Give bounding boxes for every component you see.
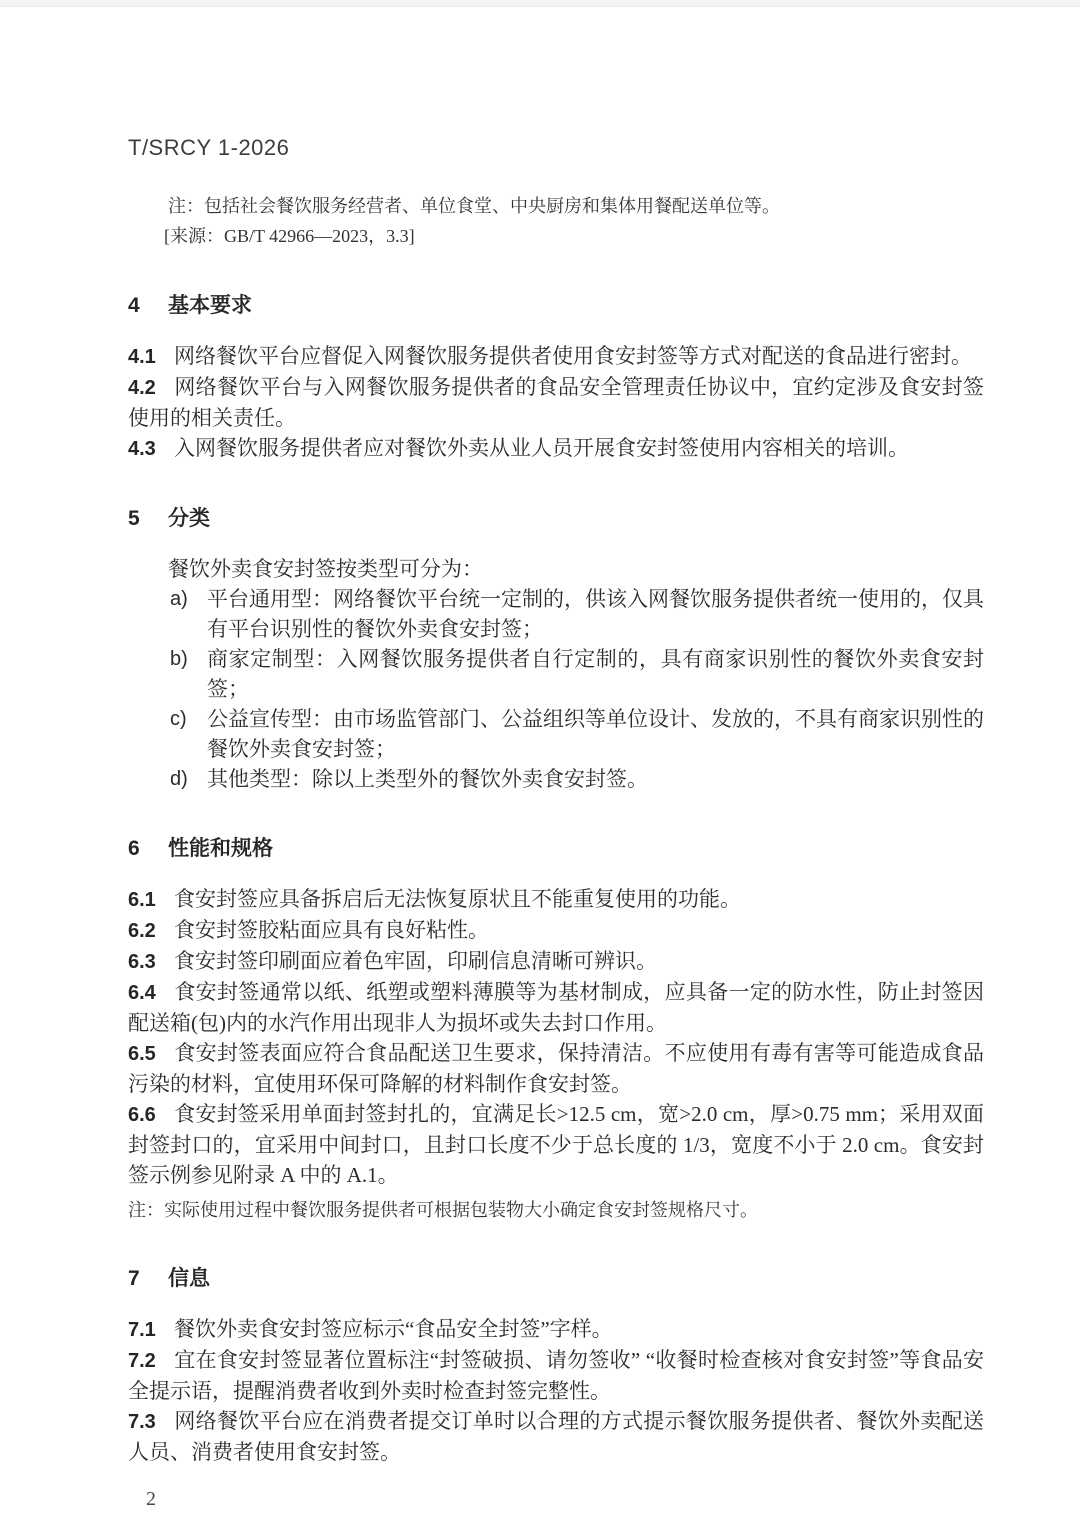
clause-number: 4.3 bbox=[128, 434, 174, 464]
page-number: 2 bbox=[128, 1487, 984, 1511]
section-heading-7: 7 信息 bbox=[128, 1266, 984, 1292]
window-top-strip bbox=[0, 0, 1080, 7]
clause-7-2: 7.2宜在食安封签显著位置标注“封签破损、请勿签收” “收餐时检查核对食安封签”… bbox=[128, 1345, 984, 1406]
clause-number: 4.2 bbox=[128, 373, 174, 403]
clause-4-2: 4.2网络餐饮平台与入网餐饮服务提供者的食品安全管理责任协议中，宜约定涉及食安封… bbox=[128, 372, 984, 433]
intro-note-block: 注：包括社会餐饮服务经营者、单位食堂、中央厨房和集体用餐配送单位等。 [来源：G… bbox=[128, 191, 984, 251]
list-item-text: 其他类型：除以上类型外的餐饮外卖食安封签。 bbox=[207, 764, 984, 794]
clause-4-3: 4.3入网餐饮服务提供者应对餐饮外卖从业人员开展食安封签使用内容相关的培训。 bbox=[128, 433, 984, 464]
list-item-b: b) 商家定制型：入网餐饮服务提供者自行定制的，具有商家识别性的餐饮外卖食安封签… bbox=[128, 644, 984, 704]
clause-number: 6.6 bbox=[128, 1100, 174, 1130]
clause-6-6: 6.6食安封签采用单面封签封扎的，宜满足长>12.5 cm，宽>2.0 cm，厚… bbox=[128, 1099, 984, 1190]
clause-text: 食安封签表面应符合食品配送卫生要求，保持清洁。不应使用有毒有害等可能造成食品污染… bbox=[128, 1041, 984, 1096]
section-number: 7 bbox=[128, 1266, 168, 1292]
clause-text: 网络餐饮平台应在消费者提交订单时以合理的方式提示餐饮服务提供者、餐饮外卖配送人员… bbox=[128, 1409, 984, 1464]
section-title: 信息 bbox=[168, 1266, 210, 1292]
section-number: 4 bbox=[128, 293, 168, 319]
clause-text: 入网餐饮服务提供者应对餐饮外卖从业人员开展食安封签使用内容相关的培训。 bbox=[174, 436, 909, 460]
source-reference: [来源：GB/T 42966—2023，3.3] bbox=[164, 221, 984, 251]
clause-number: 7.2 bbox=[128, 1346, 174, 1376]
clause-text: 食安封签胶粘面应具有良好粘性。 bbox=[174, 918, 489, 942]
section-title: 分类 bbox=[168, 506, 210, 532]
document-page: T/SRCY 1-2026 注：包括社会餐饮服务经营者、单位食堂、中央厨房和集体… bbox=[0, 7, 1080, 1511]
section-body-5: 餐饮外卖食安封签按类型可分为： a) 平台通用型：网络餐饮平台统一定制的，供该入… bbox=[128, 554, 984, 794]
classification-list: a) 平台通用型：网络餐饮平台统一定制的，供该入网餐饮服务提供者统一使用的，仅具… bbox=[128, 584, 984, 794]
list-item-label: c) bbox=[128, 704, 207, 764]
list-item-label: b) bbox=[128, 644, 207, 704]
clause-text: 食安封签应具备拆启后无法恢复原状且不能重复使用的功能。 bbox=[174, 887, 741, 911]
clause-text: 食安封签印刷面应着色牢固，印刷信息清晰可辨识。 bbox=[174, 949, 657, 973]
section-body-6: 6.1食安封签应具备拆启后无法恢复原状且不能重复使用的功能。 6.2食安封签胶粘… bbox=[128, 884, 984, 1224]
list-item-a: a) 平台通用型：网络餐饮平台统一定制的，供该入网餐饮服务提供者统一使用的，仅具… bbox=[128, 584, 984, 644]
clause-6-5: 6.5食安封签表面应符合食品配送卫生要求，保持清洁。不应使用有毒有害等可能造成食… bbox=[128, 1038, 984, 1099]
clause-number: 6.1 bbox=[128, 885, 174, 915]
document-code-header: T/SRCY 1-2026 bbox=[128, 135, 984, 161]
clause-text: 宜在食安封签显著位置标注“封签破损、请勿签收” “收餐时检查核对食安封签”等食品… bbox=[128, 1348, 984, 1403]
clause-number: 6.3 bbox=[128, 947, 174, 977]
clause-number: 6.5 bbox=[128, 1039, 174, 1069]
section-heading-6: 6 性能和规格 bbox=[128, 836, 984, 862]
clause-text: 食安封签采用单面封签封扎的，宜满足长>12.5 cm，宽>2.0 cm，厚>0.… bbox=[128, 1102, 984, 1187]
clause-6-2: 6.2食安封签胶粘面应具有良好粘性。 bbox=[128, 915, 984, 946]
section-title: 基本要求 bbox=[168, 293, 252, 319]
section-heading-5: 5 分类 bbox=[128, 506, 984, 532]
clause-4-1: 4.1网络餐饮平台应督促入网餐饮服务提供者使用食安封签等方式对配送的食品进行密封… bbox=[128, 341, 984, 372]
list-item-d: d) 其他类型：除以上类型外的餐饮外卖食安封签。 bbox=[128, 764, 984, 794]
list-item-text: 商家定制型：入网餐饮服务提供者自行定制的，具有商家识别性的餐饮外卖食安封签； bbox=[207, 644, 984, 704]
clause-text: 网络餐饮平台应督促入网餐饮服务提供者使用食安封签等方式对配送的食品进行密封。 bbox=[174, 344, 972, 368]
clause-6-4: 6.4食安封签通常以纸、纸塑或塑料薄膜等为基材制成，应具备一定的防水性，防止封签… bbox=[128, 977, 984, 1038]
clause-text: 网络餐饮平台与入网餐饮服务提供者的食品安全管理责任协议中，宜约定涉及食安封签使用… bbox=[128, 375, 984, 430]
section-heading-4: 4 基本要求 bbox=[128, 293, 984, 319]
section-number: 5 bbox=[128, 506, 168, 532]
section-body-7: 7.1餐饮外卖食安封签应标示“食品安全封签”字样。 7.2宜在食安封签显著位置标… bbox=[128, 1314, 984, 1467]
clause-7-3: 7.3网络餐饮平台应在消费者提交订单时以合理的方式提示餐饮服务提供者、餐饮外卖配… bbox=[128, 1406, 984, 1467]
clause-text: 食安封签通常以纸、纸塑或塑料薄膜等为基材制成，应具备一定的防水性，防止封签因配送… bbox=[128, 980, 984, 1035]
list-item-c: c) 公益宣传型：由市场监管部门、公益组织等单位设计、发放的，不具有商家识别性的… bbox=[128, 704, 984, 764]
clause-number: 4.1 bbox=[128, 342, 174, 372]
section-title: 性能和规格 bbox=[168, 836, 273, 862]
clause-number: 6.4 bbox=[128, 978, 174, 1008]
clause-number: 7.1 bbox=[128, 1315, 174, 1345]
clause-7-1: 7.1餐饮外卖食安封签应标示“食品安全封签”字样。 bbox=[128, 1314, 984, 1345]
list-item-text: 平台通用型：网络餐饮平台统一定制的，供该入网餐饮服务提供者统一使用的，仅具有平台… bbox=[207, 584, 984, 644]
scope-note: 注：包括社会餐饮服务经营者、单位食堂、中央厨房和集体用餐配送单位等。 bbox=[168, 191, 984, 221]
clause-6-3: 6.3食安封签印刷面应着色牢固，印刷信息清晰可辨识。 bbox=[128, 946, 984, 977]
list-item-text: 公益宣传型：由市场监管部门、公益组织等单位设计、发放的，不具有商家识别性的餐饮外… bbox=[207, 704, 984, 764]
clause-number: 6.2 bbox=[128, 916, 174, 946]
list-item-label: d) bbox=[128, 764, 207, 794]
classification-lead: 餐饮外卖食安封签按类型可分为： bbox=[128, 554, 984, 584]
section-6-note: 注：实际使用过程中餐饮服务提供者可根据包装物大小确定食安封签规格尺寸。 bbox=[128, 1196, 984, 1224]
clause-6-1: 6.1食安封签应具备拆启后无法恢复原状且不能重复使用的功能。 bbox=[128, 884, 984, 915]
section-number: 6 bbox=[128, 836, 168, 862]
clause-number: 7.3 bbox=[128, 1407, 174, 1437]
section-body-4: 4.1网络餐饮平台应督促入网餐饮服务提供者使用食安封签等方式对配送的食品进行密封… bbox=[128, 341, 984, 464]
list-item-label: a) bbox=[128, 584, 207, 644]
clause-text: 餐饮外卖食安封签应标示“食品安全封签”字样。 bbox=[174, 1317, 613, 1341]
